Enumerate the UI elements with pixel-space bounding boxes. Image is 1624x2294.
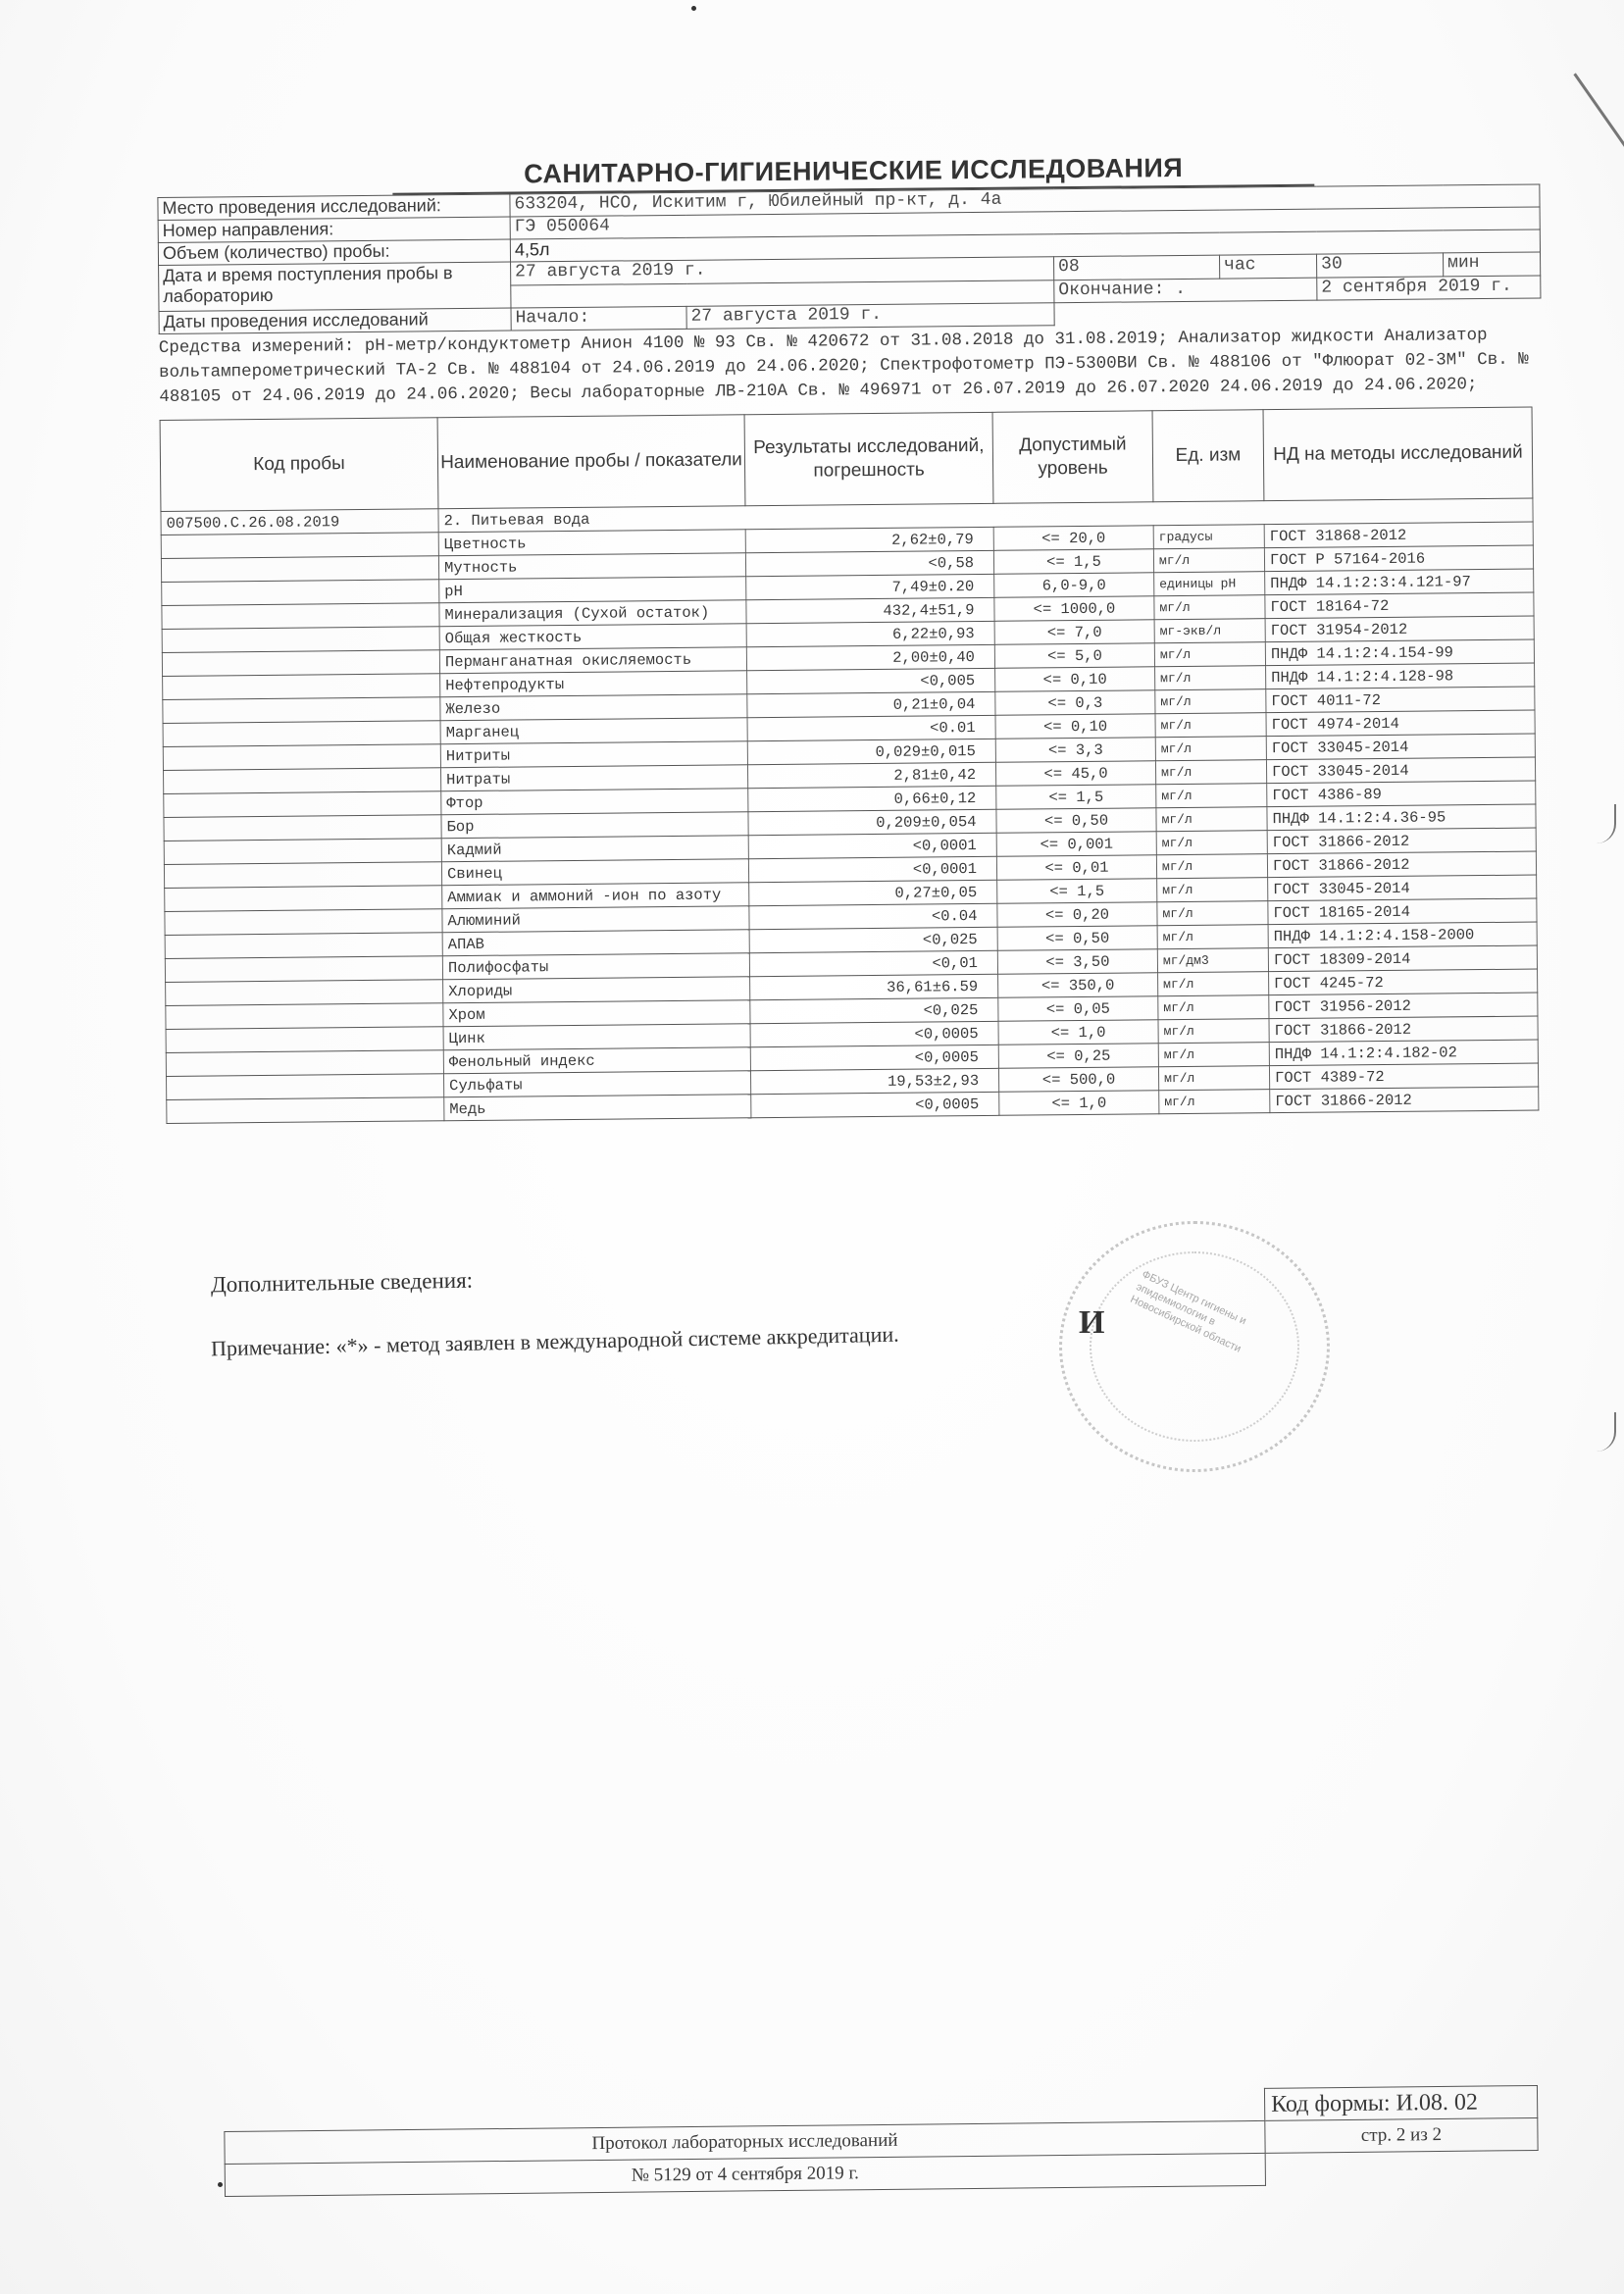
sample-code-cell: [163, 744, 440, 771]
method-standard: ГОСТ 31866-2012: [1270, 1087, 1539, 1113]
allowed-level: <= 1,5: [997, 879, 1157, 904]
measuring-instruments: Средства измерений: pH-метр/кондуктометр…: [159, 324, 1533, 410]
sample-code-cell: [161, 556, 438, 583]
unit: мг/л: [1159, 1090, 1270, 1114]
indicator-name: Хром: [443, 1000, 750, 1027]
indicator-name: Нитриты: [440, 741, 747, 768]
result-value: 0,209±0,054: [748, 809, 996, 835]
result-value: 0,029±0,015: [747, 739, 995, 764]
allowed-level: <= 1,0: [998, 1020, 1158, 1045]
unit: мг/л: [1158, 1043, 1269, 1067]
method-standard: ГОСТ 18309-2014: [1268, 945, 1537, 972]
unit: мг/л: [1158, 972, 1269, 996]
result-value: <0,0005: [750, 1045, 998, 1070]
method-standard: ГОСТ 4386-89: [1267, 781, 1536, 807]
indicator-name: Аммиак и аммоний -ион по азоту: [442, 883, 749, 909]
unit: мг/л: [1156, 854, 1267, 879]
sample-code-cell: [165, 956, 442, 983]
received-min: 30: [1317, 253, 1444, 278]
scan-edge-artifact: [1573, 39, 1624, 147]
allowed-level: <= 20,0: [993, 526, 1153, 551]
indicator-name: Фтор: [441, 789, 748, 815]
scanned-page: САНИТАРНО-ГИГИЕНИЧЕСКИЕ ИССЛЕДОВАНИЯ Мес…: [0, 0, 1624, 2294]
unit: мг/л: [1157, 878, 1268, 902]
scan-dot: [218, 2182, 223, 2187]
dates-label: Даты проведения исследований: [159, 308, 511, 333]
scan-dot: [691, 6, 696, 11]
indicator-name: Свинец: [441, 859, 748, 886]
place-label: Место проведения исследований:: [158, 194, 510, 220]
page-number: стр. 2 из 2: [1265, 2117, 1538, 2153]
sample-code-cell: [166, 1050, 443, 1077]
sample-code-cell: [164, 791, 441, 818]
allowed-level: <= 1,0: [999, 1091, 1159, 1116]
indicator-name: Общая жесткость: [439, 624, 746, 650]
sample-code-cell: [165, 886, 442, 912]
result-value: <0,0005: [750, 1021, 998, 1046]
unit: мг/дм3: [1157, 948, 1268, 973]
page-curl-mark: [1593, 1412, 1616, 1452]
result-value: 7,49±0.20: [746, 574, 994, 599]
allowed-level: <= 0,20: [997, 902, 1157, 928]
sample-code-cell: [163, 721, 440, 747]
method-standard: ГОСТ 31866-2012: [1267, 851, 1536, 878]
unit: мг/л: [1158, 1066, 1269, 1091]
result-value: 2,00±0,40: [746, 644, 994, 670]
unit: мг/л: [1155, 666, 1266, 690]
allowed-level: <= 0,01: [996, 855, 1156, 881]
result-value: <0.04: [749, 903, 997, 929]
method-standard: ГОСТ 31868-2012: [1264, 522, 1533, 548]
indicator-name: Перманганатная окисляемость: [439, 647, 746, 674]
allowed-level: <= 45,0: [995, 761, 1155, 787]
result-value: 36,61±6.59: [750, 974, 998, 999]
round-stamp: ФБУЗ Центр гигиены и эпидемиологии в Нов…: [1059, 1221, 1330, 1472]
col-method: НД на методы исследований: [1263, 407, 1533, 501]
method-standard: ПНДФ 14.1:2:3:4.121-97: [1265, 569, 1534, 595]
sample-code-cell: [163, 697, 440, 724]
method-standard: ГОСТ 31866-2012: [1269, 1016, 1538, 1043]
sample-code-cell: [166, 980, 443, 1006]
allowed-level: <= 0,3: [995, 690, 1155, 716]
indicator-name: Бор: [441, 812, 748, 839]
indicator-name: Кадмий: [441, 836, 748, 862]
result-value: <0,025: [749, 927, 997, 952]
indicator-name: pH: [439, 577, 746, 603]
allowed-level: <= 5,0: [994, 643, 1154, 669]
sample-code-cell: [161, 533, 438, 559]
indicator-name: Нефтепродукты: [440, 671, 747, 697]
unit: мг/л: [1157, 925, 1268, 949]
result-value: <0.01: [747, 715, 995, 740]
result-value: 432,4±51,9: [746, 597, 994, 623]
unit: мг/л: [1157, 901, 1268, 926]
unit: единицы pH: [1154, 572, 1265, 596]
indicator-name: Фенольный индекс: [443, 1047, 750, 1074]
volume-label: Объем (количество) пробы:: [158, 239, 510, 265]
indicator-name: Медь: [444, 1095, 751, 1121]
sample-code-cell: [164, 815, 441, 841]
indicator-name: Цветность: [438, 530, 745, 556]
method-standard: ГОСТ 33045-2014: [1266, 757, 1535, 784]
unit: мг-экв/л: [1154, 619, 1265, 643]
col-unit: Ед. изм: [1152, 410, 1264, 502]
method-standard: ГОСТ 4245-72: [1269, 969, 1538, 995]
col-norm: Допустимый уровень: [992, 411, 1153, 504]
unit: мг/л: [1155, 760, 1266, 785]
col-result: Результаты исследований, погрешность: [744, 412, 993, 505]
form-code: Код формы: И.08. 02: [1264, 2085, 1537, 2120]
indicator-name: Железо: [440, 694, 747, 721]
footer: Код формы: И.08. 02 Протокол лабораторны…: [224, 2085, 1539, 2197]
method-standard: ПНДФ 14.1:2:4.158-2000: [1268, 922, 1537, 948]
result-value: <0,005: [747, 668, 995, 693]
received-label: Дата и время поступления пробы в лаборат…: [159, 262, 511, 311]
sample-code-cell: [167, 1097, 444, 1124]
indicator-name: Хлориды: [443, 977, 750, 1003]
sample-code-cell: [162, 650, 439, 677]
result-value: <0,0005: [751, 1092, 999, 1117]
result-value: 0,21±0,04: [747, 691, 995, 717]
sample-code-cell: [163, 674, 440, 700]
method-standard: ГОСТ 18164-72: [1265, 592, 1534, 619]
sample-code-cell: [164, 862, 441, 889]
result-value: <0,0001: [748, 833, 996, 858]
method-standard: ПНДФ 14.1:2:4.182-02: [1269, 1040, 1538, 1066]
unit: мг/л: [1155, 737, 1266, 761]
method-standard: ГОСТ 4389-72: [1269, 1063, 1538, 1090]
method-standard: ГОСТ 4974-2014: [1266, 710, 1535, 737]
method-standard: ГОСТ 18165-2014: [1268, 898, 1537, 925]
unit: мг/л: [1155, 689, 1266, 714]
sample-code-cell: [164, 768, 441, 794]
stamp-text: ФБУЗ Центр гигиены и эпидемиологии в Нов…: [1128, 1267, 1261, 1358]
method-standard: ПНДФ 14.1:2:4.36-95: [1267, 804, 1536, 831]
indicator-name: Цинк: [443, 1024, 750, 1050]
document-body: САНИТАРНО-ГИГИЕНИЧЕСКИЕ ИССЛЕДОВАНИЯ Мес…: [157, 143, 1548, 1123]
result-value: <0,58: [745, 550, 993, 576]
indicator-name: Мутность: [438, 553, 745, 580]
signature: И: [1079, 1304, 1104, 1342]
method-standard: ГОСТ Р 57164-2016: [1264, 545, 1533, 572]
result-value: 0,66±0,12: [748, 786, 996, 811]
allowed-level: <= 0,001: [996, 832, 1156, 857]
sample-code-cell: [166, 1074, 443, 1100]
sample-code-cell: [164, 839, 441, 865]
sample-code-cell: [162, 603, 439, 630]
allowed-level: <= 0,25: [998, 1044, 1158, 1069]
unit: мг/л: [1156, 831, 1267, 855]
indicator-name: АПАВ: [442, 930, 749, 956]
unit: мг/л: [1156, 784, 1267, 808]
unit: мг/л: [1155, 713, 1266, 738]
method-standard: ГОСТ 33045-2014: [1268, 875, 1537, 901]
start-value: 27 августа 2019 г.: [686, 303, 1054, 330]
unit: мг/л: [1154, 595, 1265, 620]
page-curl-mark: [1593, 804, 1616, 843]
allowed-level: <= 0,50: [997, 926, 1157, 951]
indicator-name: Минерализация (Сухой остаток): [439, 600, 746, 627]
col-sample-code: Код пробы: [160, 418, 438, 512]
result-value: <0,0001: [748, 856, 996, 882]
sample-code-cell: [165, 909, 442, 936]
sample-code-cell: [162, 580, 439, 606]
method-standard: ГОСТ 33045-2014: [1266, 734, 1535, 760]
unit: мг/л: [1158, 995, 1269, 1020]
end-value: 2 сентября 2019 г.: [1317, 275, 1541, 300]
unit: мг/л: [1158, 1019, 1269, 1044]
sample-code-cell: [165, 933, 442, 959]
result-value: 2,62±0,79: [745, 527, 993, 552]
start-label: Начало:: [511, 306, 686, 331]
allowed-level: <= 0,05: [998, 996, 1158, 1022]
indicator-name: Алюминий: [442, 906, 749, 933]
method-standard: ГОСТ 31956-2012: [1269, 993, 1538, 1019]
allowed-level: <= 7,0: [994, 620, 1154, 645]
allowed-level: <= 0,10: [995, 667, 1155, 692]
indicator-name: Сульфаты: [443, 1071, 750, 1097]
allowed-level: <= 0,10: [995, 714, 1155, 739]
allowed-level: <= 0,50: [996, 808, 1156, 834]
hour-label: час: [1220, 254, 1317, 278]
allowed-level: <= 1000,0: [994, 596, 1154, 622]
accreditation-note: Примечание: «*» - метод заявлен в междун…: [211, 1322, 899, 1362]
indicator-name: Нитраты: [440, 765, 747, 791]
indicator-name: Полифосфаты: [442, 953, 749, 980]
method-standard: ПНДФ 14.1:2:4.154-99: [1265, 639, 1534, 666]
result-value: 0,27±0,05: [749, 880, 997, 905]
result-value: <0,01: [749, 950, 997, 976]
unit: мг/л: [1154, 642, 1265, 667]
sample-code-cell: [166, 1027, 443, 1053]
sample-info-table: Место проведения исследований: 633204, Н…: [157, 183, 1541, 334]
allowed-level: <= 3,3: [995, 738, 1155, 763]
result-value: 2,81±0,42: [747, 762, 995, 788]
unit: мг/л: [1153, 548, 1264, 573]
result-value: <0,025: [750, 997, 998, 1023]
referral-label: Номер направления:: [158, 217, 510, 242]
method-standard: ГОСТ 31866-2012: [1267, 828, 1536, 854]
min-label: мин: [1444, 252, 1541, 276]
additional-info: Дополнительные сведения:: [211, 1268, 473, 1299]
allowed-level: <= 1,5: [996, 785, 1156, 810]
received-hour: 08: [1054, 255, 1220, 280]
indicator-name: Марганец: [440, 718, 747, 744]
col-sample-name: Наименование пробы / показатели: [437, 415, 745, 509]
allowed-level: 6,0-9,0: [994, 573, 1154, 598]
sample-code-cell: [166, 1003, 443, 1030]
sample-code-cell: [162, 627, 439, 653]
sample-code: 007500.С.26.08.2019: [161, 509, 438, 535]
unit: мг/л: [1156, 807, 1267, 832]
allowed-level: <= 500,0: [998, 1067, 1158, 1093]
allowed-level: <= 350,0: [998, 973, 1158, 998]
unit: градусы: [1153, 525, 1264, 549]
result-value: 6,22±0,93: [746, 621, 994, 646]
method-standard: ГОСТ 31954-2012: [1265, 616, 1534, 642]
allowed-level: <= 3,50: [997, 949, 1157, 975]
allowed-level: <= 1,5: [993, 549, 1153, 575]
method-standard: ПНДФ 14.1:2:4.128-98: [1266, 663, 1535, 689]
results-table: Код пробы Наименование пробы / показател…: [160, 407, 1540, 1124]
method-standard: ГОСТ 4011-72: [1266, 687, 1535, 713]
end-label: Окончание: .: [1054, 278, 1317, 303]
result-value: 19,53±2,93: [750, 1068, 998, 1094]
